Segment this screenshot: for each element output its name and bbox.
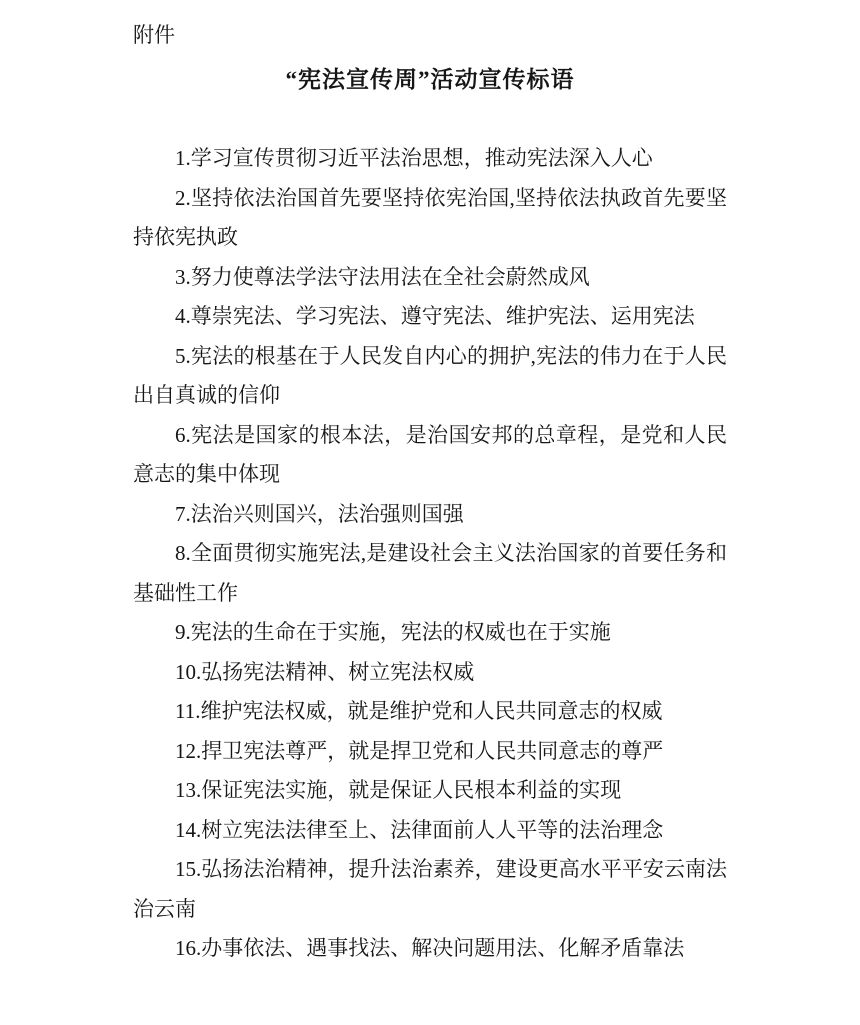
- slogan-list: 1.学习宣传贯彻习近平法治思想，推动宪法深入人心2.坚持依法治国首先要坚持依宪治…: [133, 139, 727, 969]
- slogan-item: 7.法治兴则国兴，法治强则国强: [133, 495, 727, 535]
- slogan-item: 1.学习宣传贯彻习近平法治思想，推动宪法深入人心: [133, 139, 727, 179]
- slogan-item: 14.树立宪法法律至上、法律面前人人平等的法治理念: [133, 811, 727, 851]
- slogan-item: 16.办事依法、遇事找法、解决问题用法、化解矛盾靠法: [133, 929, 727, 969]
- slogan-item: 3.努力使尊法学法守法用法在全社会蔚然成风: [133, 258, 727, 298]
- slogan-item: 6.宪法是国家的根本法，是治国安邦的总章程，是党和人民意志的集中体现: [133, 416, 727, 495]
- slogan-item: 8.全面贯彻实施宪法,是建设社会主义法治国家的首要任务和基础性工作: [133, 534, 727, 613]
- slogan-item: 15.弘扬法治精神，提升法治素养，建设更高水平平安云南法治云南: [133, 850, 727, 929]
- document-page: 附件 “宪法宣传周”活动宣传标语 1.学习宣传贯彻习近平法治思想，推动宪法深入人…: [0, 0, 860, 1025]
- attachment-label: 附件: [133, 22, 727, 48]
- slogan-item: 10.弘扬宪法精神、树立宪法权威: [133, 653, 727, 693]
- slogan-item: 13.保证宪法实施，就是保证人民根本利益的实现: [133, 771, 727, 811]
- page-title: “宪法宣传周”活动宣传标语: [133, 64, 727, 96]
- slogan-item: 12.捍卫宪法尊严，就是捍卫党和人民共同意志的尊严: [133, 732, 727, 772]
- slogan-item: 2.坚持依法治国首先要坚持依宪治国,坚持依法执政首先要坚持依宪执政: [133, 179, 727, 258]
- slogan-item: 4.尊崇宪法、学习宪法、遵守宪法、维护宪法、运用宪法: [133, 297, 727, 337]
- slogan-item: 11.维护宪法权威，就是维护党和人民共同意志的权威: [133, 692, 727, 732]
- slogan-item: 5.宪法的根基在于人民发自内心的拥护,宪法的伟力在于人民出自真诚的信仰: [133, 337, 727, 416]
- slogan-item: 9.宪法的生命在于实施，宪法的权威也在于实施: [133, 613, 727, 653]
